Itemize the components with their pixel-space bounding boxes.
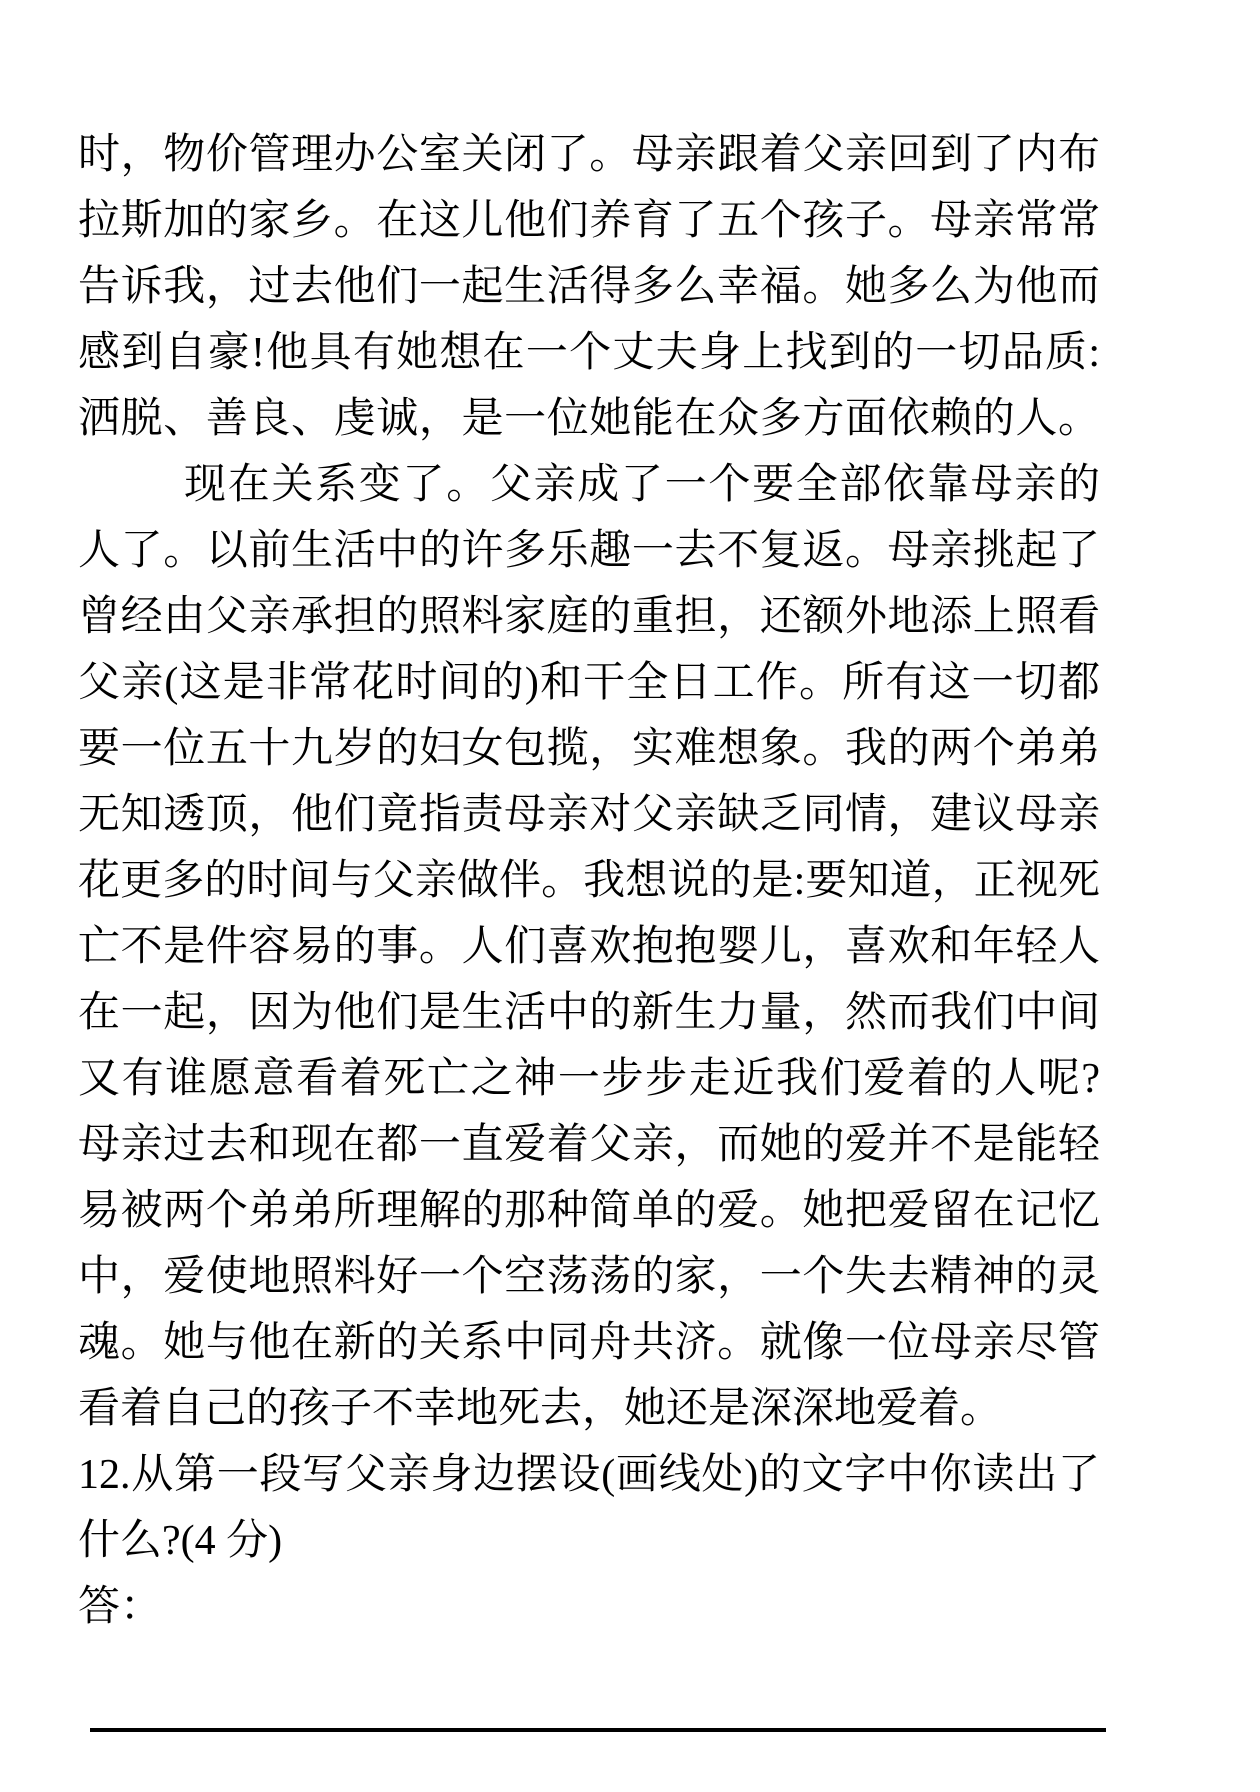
document-page: 时，物价管理办公室关闭了。母亲跟着父亲回到了内布 拉斯加的家乡。在这儿他们养育了… (0, 0, 1260, 1792)
passage-line: 亡不是件容易的事。人们喜欢抱抱婴儿，喜欢和年轻人 (78, 914, 1100, 980)
passage-line: 感到自豪!他具有她想在一个丈夫身上找到的一切品质: (78, 320, 1100, 386)
passage-line: 人了。以前生活中的许多乐趣一去不复返。母亲挑起了 (78, 518, 1100, 584)
passage-line: 父亲(这是非常花时间的)和干全日工作。所有这一切都 (78, 650, 1100, 716)
passage-line: 魂。她与他在新的关系中同舟共济。就像一位母亲尽管 (78, 1310, 1100, 1376)
passage-line: 洒脱、善良、虔诚，是一位她能在众多方面依赖的人。 (78, 386, 1100, 452)
passage-line: 告诉我，过去他们一起生活得多么幸福。她多么为他而 (78, 254, 1100, 320)
passage-line: 拉斯加的家乡。在这儿他们养育了五个孩子。母亲常常 (78, 188, 1100, 254)
passage-line: 看着自己的孩子不幸地死去，她还是深深地爱着。 (78, 1376, 1100, 1442)
passage-line: 无知透顶，他们竟指责母亲对父亲缺乏同情，建议母亲 (78, 782, 1100, 848)
passage-line: 在一起，因为他们是生活中的新生力量，然而我们中间 (78, 980, 1100, 1046)
passage-line: 现在关系变了。父亲成了一个要全部依靠母亲的 (78, 452, 1100, 518)
question-line: 12.从第一段写父亲身边摆设(画线处)的文字中你读出了 (78, 1442, 1100, 1508)
passage-line: 易被两个弟弟所理解的那种简单的爱。她把爱留在记忆 (78, 1178, 1100, 1244)
answer-row: 答： (78, 1574, 1100, 1640)
passage-text-block: 时，物价管理办公室关闭了。母亲跟着父亲回到了内布 拉斯加的家乡。在这儿他们养育了… (78, 122, 1100, 1640)
passage-line: 母亲过去和现在都一直爱着父亲，而她的爱并不是能轻 (78, 1112, 1100, 1178)
page-bottom-rule (90, 1728, 1106, 1732)
passage-line: 花更多的时间与父亲做伴。我想说的是:要知道，正视死 (78, 848, 1100, 914)
passage-line: 时，物价管理办公室关闭了。母亲跟着父亲回到了内布 (78, 122, 1100, 188)
passage-line: 又有谁愿意看着死亡之神一步步走近我们爱着的人呢? (78, 1046, 1100, 1112)
passage-line: 中，爱使地照料好一个空荡荡的家，一个失去精神的灵 (78, 1244, 1100, 1310)
passage-line: 要一位五十九岁的妇女包揽，实难想象。我的两个弟弟 (78, 716, 1100, 782)
passage-line: 曾经由父亲承担的照料家庭的重担，还额外地添上照看 (78, 584, 1100, 650)
question-line: 什么?(4 分) (78, 1508, 1100, 1574)
answer-label: 答： (78, 1584, 162, 1630)
